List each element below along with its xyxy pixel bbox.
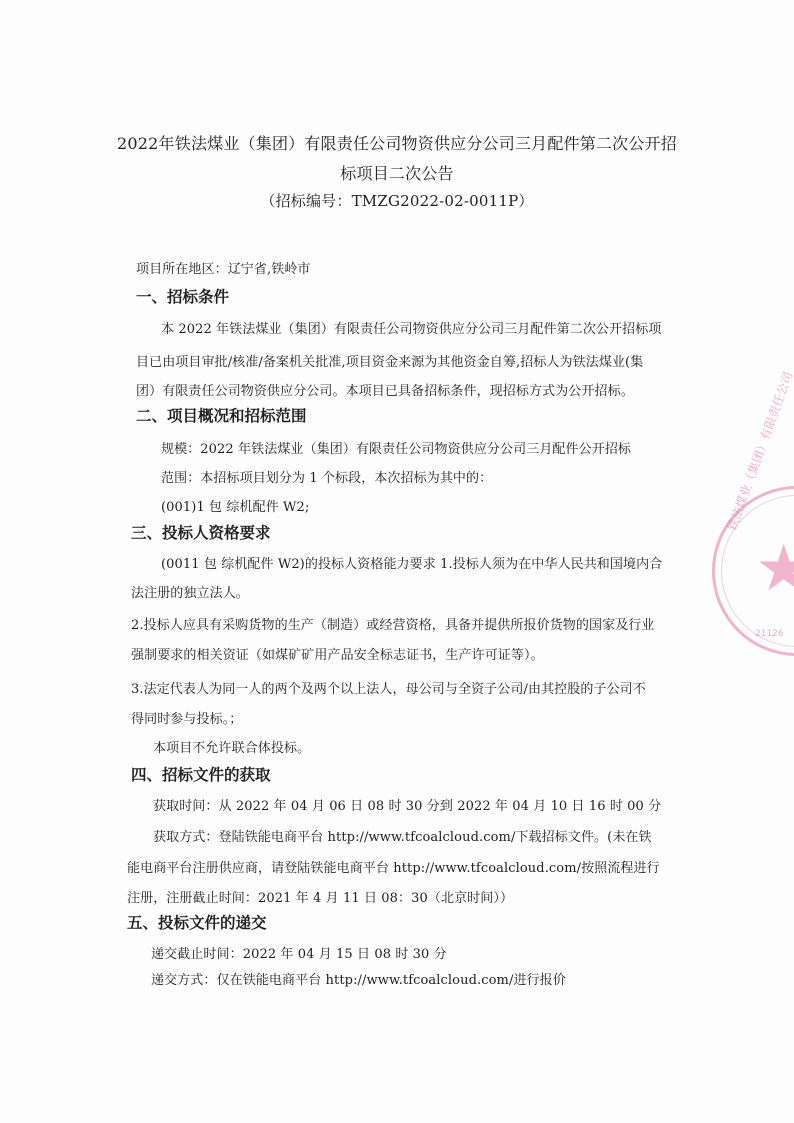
project-location: 项目所在地区：辽宁省,铁岭市 xyxy=(136,258,311,277)
paragraph-line: 得同时参与投标。； xyxy=(131,708,242,727)
section-heading-project-overview: 二、项目概况和招标范围 xyxy=(136,404,307,426)
seal-star-icon: ★ xyxy=(755,537,794,601)
document-page: 2022年铁法煤业（集团）有限责任公司物资供应分公司三月配件第二次公开招 标项目… xyxy=(0,0,794,1123)
paragraph-line: 注册，注册截止时间：2021 年 4 月 11 日 08：30（北京时间）） xyxy=(127,887,513,906)
paragraph-line: 团）有限责任公司物资供应分公司。本项目已具备招标条件，现招标方式为公开招标。 xyxy=(136,380,634,399)
paragraph-line: 获取时间：从 2022 年 04 月 06 日 08 时 30 分到 2022 … xyxy=(153,795,661,814)
paragraph-line: (001)1 包 综机配件 W2; xyxy=(161,496,309,515)
paragraph-line: 能电商平台注册供应商，请登陆铁能电商平台 http://www.tfcoalcl… xyxy=(127,857,660,876)
bid-number: （招标编号：TMZG2022-02-0011P） xyxy=(100,190,694,211)
section-heading-bidder-qualifications: 三、投标人资格要求 xyxy=(131,521,271,543)
paragraph-line: 2.投标人应具有采购货物的生产（制造）或经营资格，具备并提供所报价货物的国家及行… xyxy=(131,614,655,633)
paragraph-line: 本 2022 年铁法煤业（集团）有限责任公司物资供应分公司三月配件第二次公开招标… xyxy=(161,318,661,337)
paragraph-line: 强制要求的相关资证（如煤矿矿用产品安全标志证书，生产许可证等）。 xyxy=(131,644,544,663)
paragraph-line: 目已由项目审批/核准/备案机关批准,项目资金来源为其他资金自筹,招标人为铁法煤业… xyxy=(136,351,643,370)
paragraph-line: (0011 包 综机配件 W2)的投标人资格能力要求 1.投标人须为在中华人民共… xyxy=(161,553,662,572)
paragraph-line: 法注册的独立法人。 xyxy=(131,582,249,601)
section-heading-bid-conditions: 一、招标条件 xyxy=(136,285,229,307)
paragraph-line: 3.法定代表人为同一人的两个及两个以上法人，母公司与全资子公司/由其控股的子公司… xyxy=(131,678,646,697)
section-heading-document-acquisition: 四、招标文件的获取 xyxy=(131,763,271,785)
paragraph-line: 范围：本招标项目划分为 1 个标段，本次招标为其中的： xyxy=(161,467,492,486)
section-heading-bid-submission: 五、投标文件的递交 xyxy=(127,911,267,933)
document-title-line1: 2022年铁法煤业（集团）有限责任公司物资供应分公司三月配件第二次公开招 xyxy=(100,131,694,154)
paragraph-line: 递交截止时间：2022 年 04 月 15 日 08 时 30 分 xyxy=(151,943,447,962)
seal-code: 21126 xyxy=(755,629,784,639)
paragraph-line: 规模：2022 年铁法煤业（集团）有限责任公司物资供应分公司三月配件公开招标 xyxy=(161,438,631,457)
company-seal: ★ 铁法煤业（集团）有限责任公司 21126 xyxy=(712,486,794,656)
paragraph-line: 获取方式：登陆铁能电商平台 http://www.tfcoalcloud.com… xyxy=(153,826,652,845)
paragraph-line: 递交方式：仅在铁能电商平台 http://www.tfcoalcloud.com… xyxy=(151,969,566,988)
paragraph-line: 本项目不允许联合体投标。 xyxy=(153,737,310,756)
document-title-line2: 标项目二次公告 xyxy=(100,161,694,184)
